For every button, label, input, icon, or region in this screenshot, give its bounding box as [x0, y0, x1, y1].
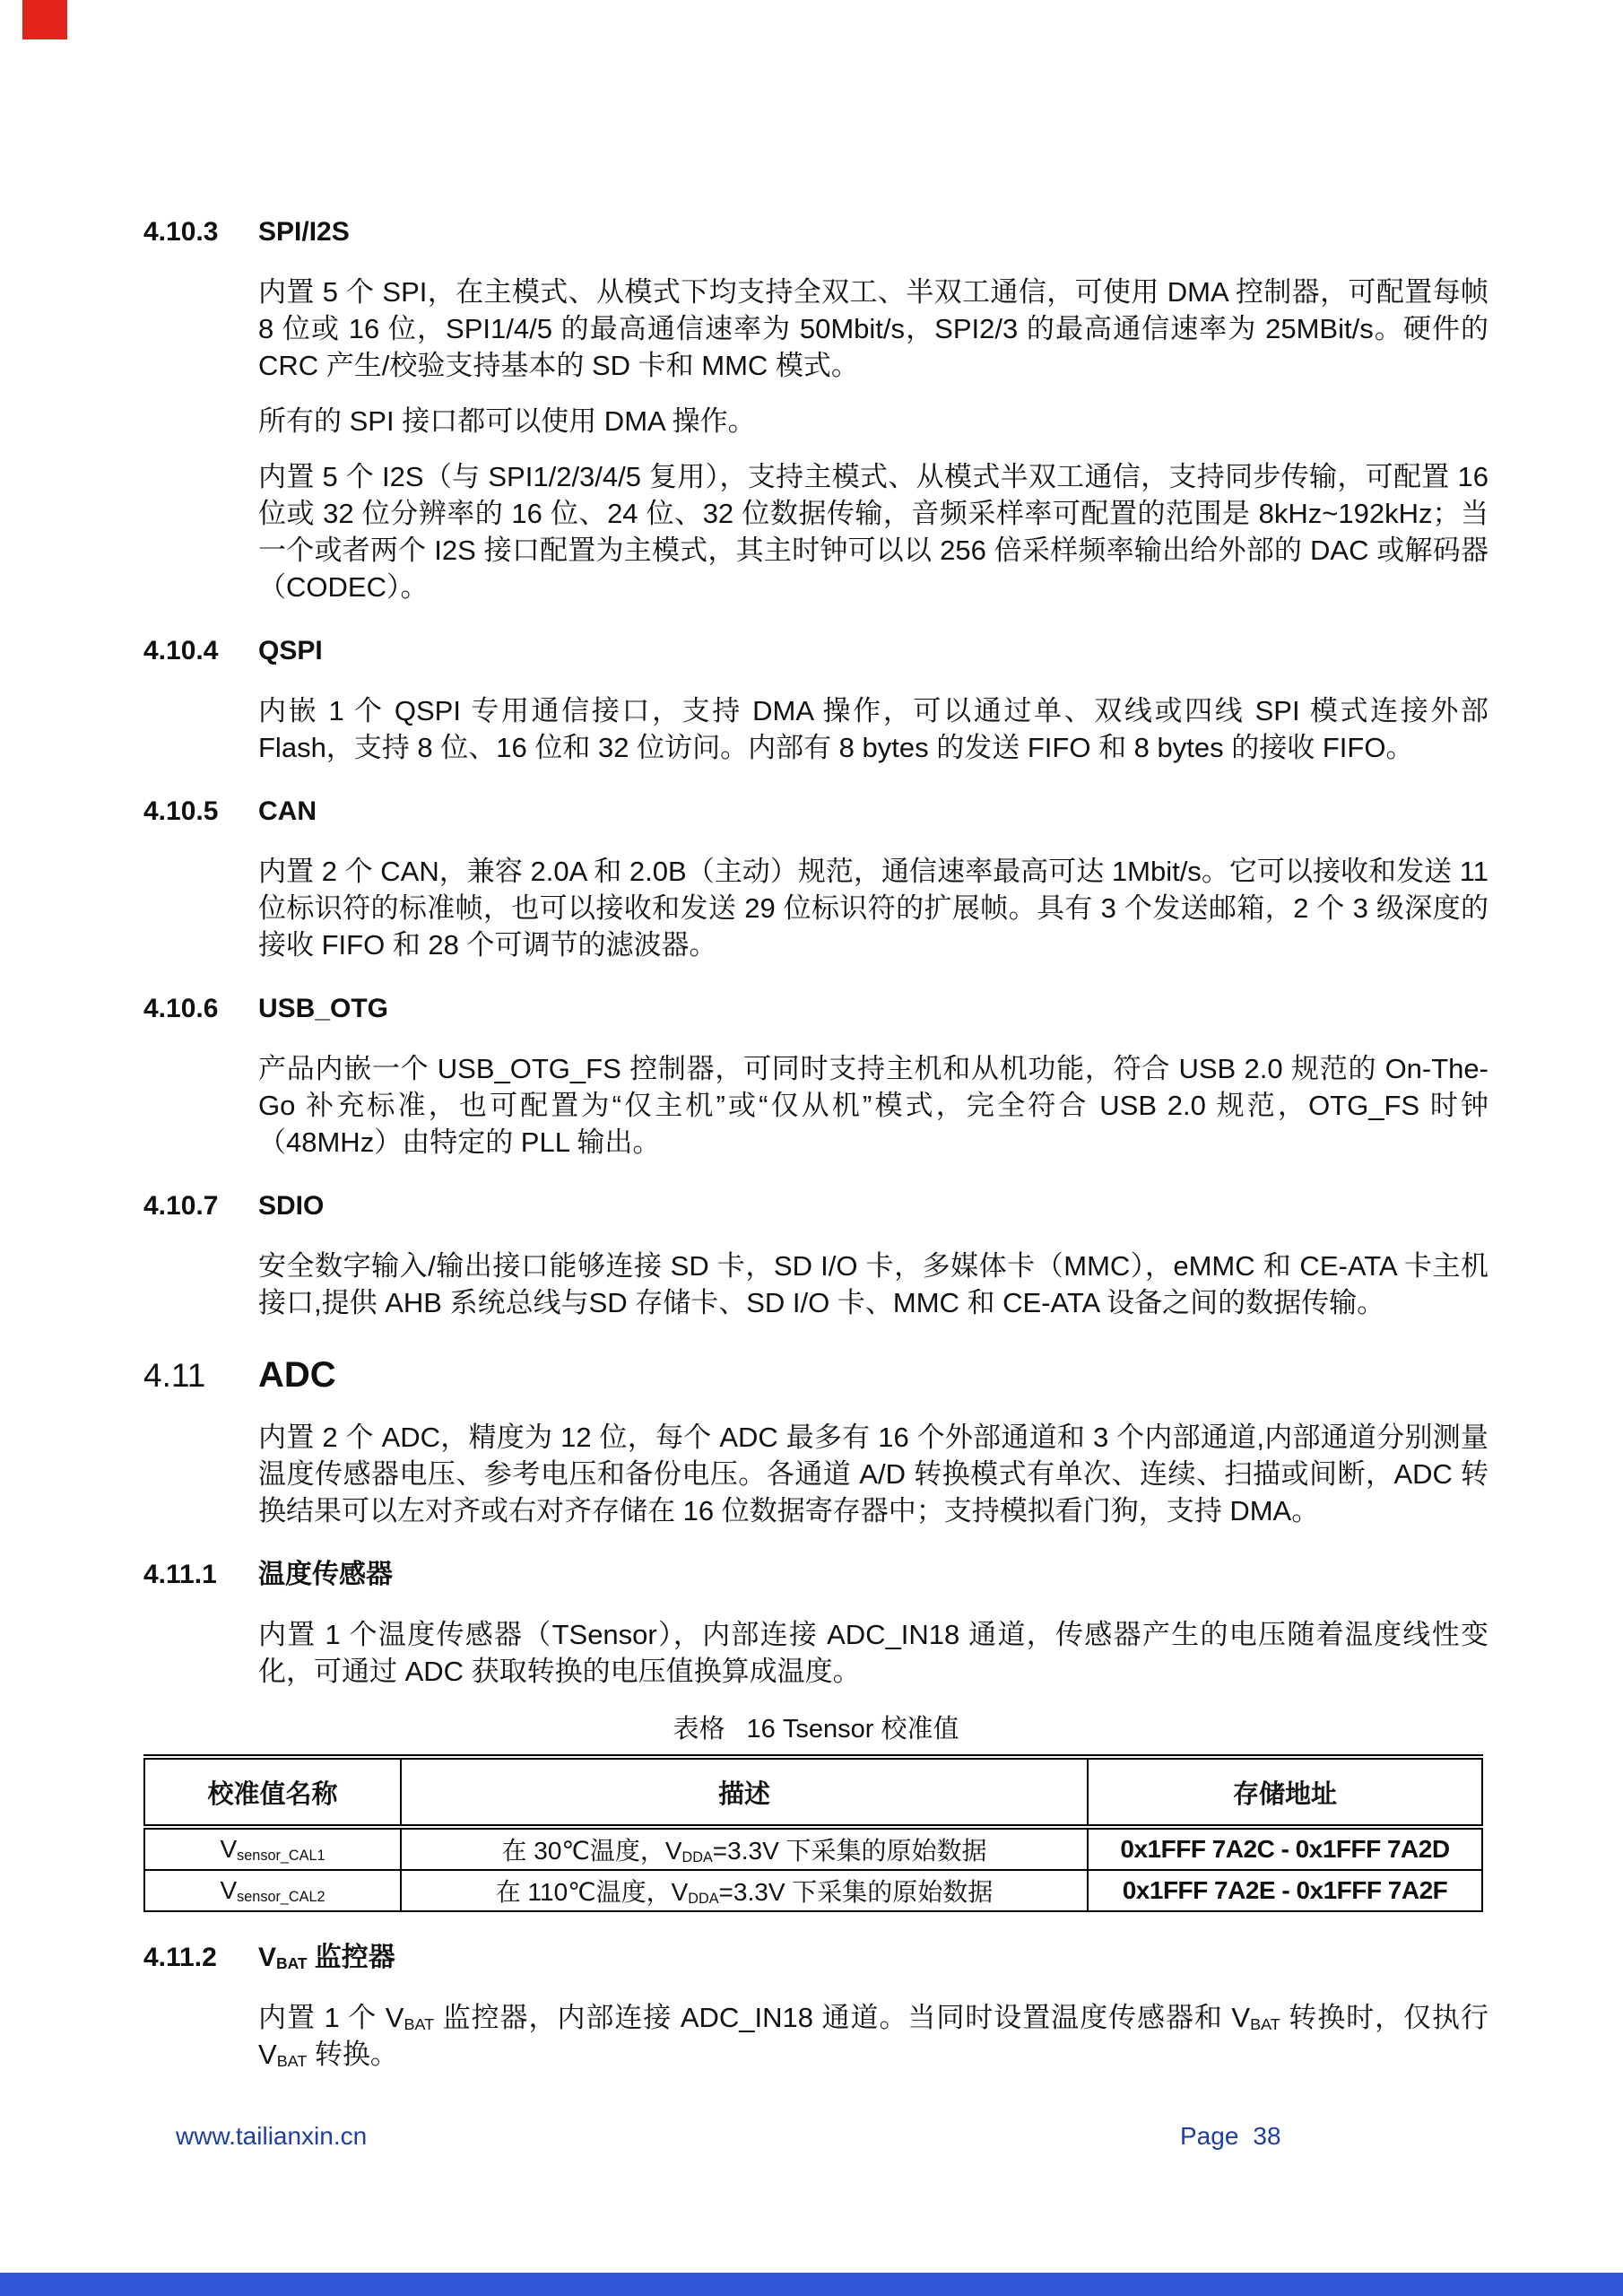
paragraph-sdio: 安全数字输入/输出接口能够连接 SD 卡，SD I/O 卡，多媒体卡（MMC），… [258, 1248, 1488, 1321]
footer-website-link[interactable]: www.tailianxin.cn [176, 2122, 367, 2151]
table-caption-prefix: 表格 [673, 1715, 725, 1744]
section-heading-vbat-monitor: 4.11.2 VBAT 监控器 [143, 1939, 1488, 1977]
v-subscript: sensor_CAL1 [237, 1848, 325, 1864]
section-title: QSPI [258, 632, 323, 670]
section-heading-qspi: 4.10.4 QSPI [143, 632, 1488, 670]
desc-text: =3.3V 下采集的原始数据 [719, 1878, 994, 1906]
cell-description: 在 110℃温度，VDDA=3.3V 下采集的原始数据 [401, 1870, 1088, 1911]
col-header-address: 存储地址 [1088, 1757, 1482, 1827]
paragraph-vbat: 内置 1 个 VBAT 监控器，内部连接 ADC_IN18 通道。当同时设置温度… [258, 1999, 1488, 2073]
vdda-subscript: DDA [682, 1849, 713, 1865]
text-segment: 监控器，内部连接 ADC_IN18 通道。当同时设置温度传感器和 V [434, 2002, 1250, 2033]
cell-cal-name: Vsensor_CAL2 [144, 1870, 401, 1911]
paragraph-adc: 内置 2 个 ADC，精度为 12 位，每个 ADC 最多有 16 个外部通道和… [258, 1419, 1488, 1529]
section-number: 4.11.1 [143, 1556, 258, 1594]
text-segment: 转换。 [307, 2039, 398, 2070]
section-title: VBAT 监控器 [258, 1939, 395, 1977]
paragraph-can: 内置 2 个 CAN，兼容 2.0A 和 2.0B（主动）规范，通信速率最高可达… [258, 853, 1488, 963]
paragraph-i2s: 内置 5 个 I2S（与 SPI1/2/3/4/5 复用），支持主模式、从模式半… [258, 458, 1488, 605]
table-row: Vsensor_CAL1 在 30℃温度，VDDA=3.3V 下采集的原始数据 … [144, 1827, 1482, 1870]
paragraph-spi-1: 内置 5 个 SPI，在主模式、从模式下均支持全双工、半双工通信，可使用 DMA… [258, 274, 1488, 384]
vbat-subscript: BAT [277, 2052, 308, 2070]
vbat-subscript: BAT [1250, 2015, 1280, 2033]
vbat-subscript: BAT [404, 2015, 434, 2033]
desc-text: 在 110℃温度，V [496, 1878, 689, 1906]
tsensor-calibration-table: 校准值名称 描述 存储地址 Vsensor_CAL1 在 30℃温度，VDDA=… [143, 1754, 1483, 1912]
section-title: CAN [258, 793, 317, 831]
table-caption-text: 16 Tsensor 校准值 [747, 1715, 959, 1744]
section-number: 4.10.7 [143, 1187, 258, 1225]
document-page: 4.10.3 SPI/I2S 内置 5 个 SPI，在主模式、从模式下均支持全双… [0, 0, 1623, 2296]
v-symbol: V [220, 1835, 237, 1863]
desc-text: 在 30℃温度，V [501, 1837, 681, 1865]
red-corner-marker [22, 0, 67, 39]
v-symbol: V [258, 1943, 276, 1972]
section-number: 4.10.4 [143, 632, 258, 670]
paragraph-usb-otg: 产品内嵌一个 USB_OTG_FS 控制器，可同时支持主机和从机功能，符合 US… [258, 1050, 1488, 1161]
section-number: 4.11.2 [143, 1939, 258, 1977]
vbat-subscript: BAT [276, 1954, 307, 1972]
section-title: SDIO [258, 1187, 324, 1225]
section-title: SPI/I2S [258, 213, 350, 251]
paragraph-temp-sensor: 内置 1 个温度传感器（TSensor），内部连接 ADC_IN18 通道，传感… [258, 1616, 1488, 1690]
section-number: 4.11 [143, 1351, 258, 1401]
section-heading-spi-i2s: 4.10.3 SPI/I2S [143, 213, 1488, 251]
v-subscript: sensor_CAL2 [237, 1889, 325, 1905]
desc-text: =3.3V 下采集的原始数据 [713, 1837, 987, 1865]
v-symbol: V [220, 1876, 237, 1904]
bottom-blue-bar [0, 2273, 1623, 2296]
paragraph-qspi: 内嵌 1 个 QSPI 专用通信接口，支持 DMA 操作，可以通过单、双线或四线… [258, 692, 1488, 766]
section-title: USB_OTG [258, 990, 388, 1028]
cell-address: 0x1FFF 7A2C - 0x1FFF 7A2D [1088, 1827, 1482, 1870]
table-row: Vsensor_CAL2 在 110℃温度，VDDA=3.3V 下采集的原始数据… [144, 1870, 1482, 1911]
section-title: ADC [258, 1350, 336, 1400]
page-number: 38 [1253, 2122, 1280, 2151]
section-number: 4.10.5 [143, 793, 258, 831]
vdda-subscript: DDA [688, 1891, 718, 1907]
paragraph-spi-2: 所有的 SPI 接口都可以使用 DMA 操作。 [258, 403, 1488, 439]
section-heading-usb-otg: 4.10.6 USB_OTG [143, 990, 1488, 1028]
section-heading-adc: 4.11 ADC [143, 1350, 1488, 1401]
cell-description: 在 30℃温度，VDDA=3.3V 下采集的原始数据 [401, 1827, 1088, 1870]
cell-cal-name: Vsensor_CAL1 [144, 1827, 401, 1870]
page-label: Page [1180, 2122, 1238, 2151]
title-rest: 监控器 [307, 1943, 395, 1972]
footer-page-indicator: Page 38 [1180, 2122, 1281, 2151]
col-header-cal-name: 校准值名称 [144, 1757, 401, 1827]
table-caption: 表格16 Tsensor 校准值 [143, 1709, 1488, 1745]
page-content: 4.10.3 SPI/I2S 内置 5 个 SPI，在主模式、从模式下均支持全双… [143, 213, 1488, 2092]
col-header-description: 描述 [401, 1757, 1088, 1827]
table-header-row: 校准值名称 描述 存储地址 [144, 1757, 1482, 1827]
section-heading-can: 4.10.5 CAN [143, 793, 1488, 831]
section-number: 4.10.6 [143, 990, 258, 1028]
section-heading-temp-sensor: 4.11.1 温度传感器 [143, 1556, 1488, 1594]
section-title: 温度传感器 [258, 1556, 393, 1594]
section-number: 4.10.3 [143, 213, 258, 251]
section-heading-sdio: 4.10.7 SDIO [143, 1187, 1488, 1225]
text-segment: 内置 1 个 V [258, 2002, 404, 2033]
cell-address: 0x1FFF 7A2E - 0x1FFF 7A2F [1088, 1870, 1482, 1911]
